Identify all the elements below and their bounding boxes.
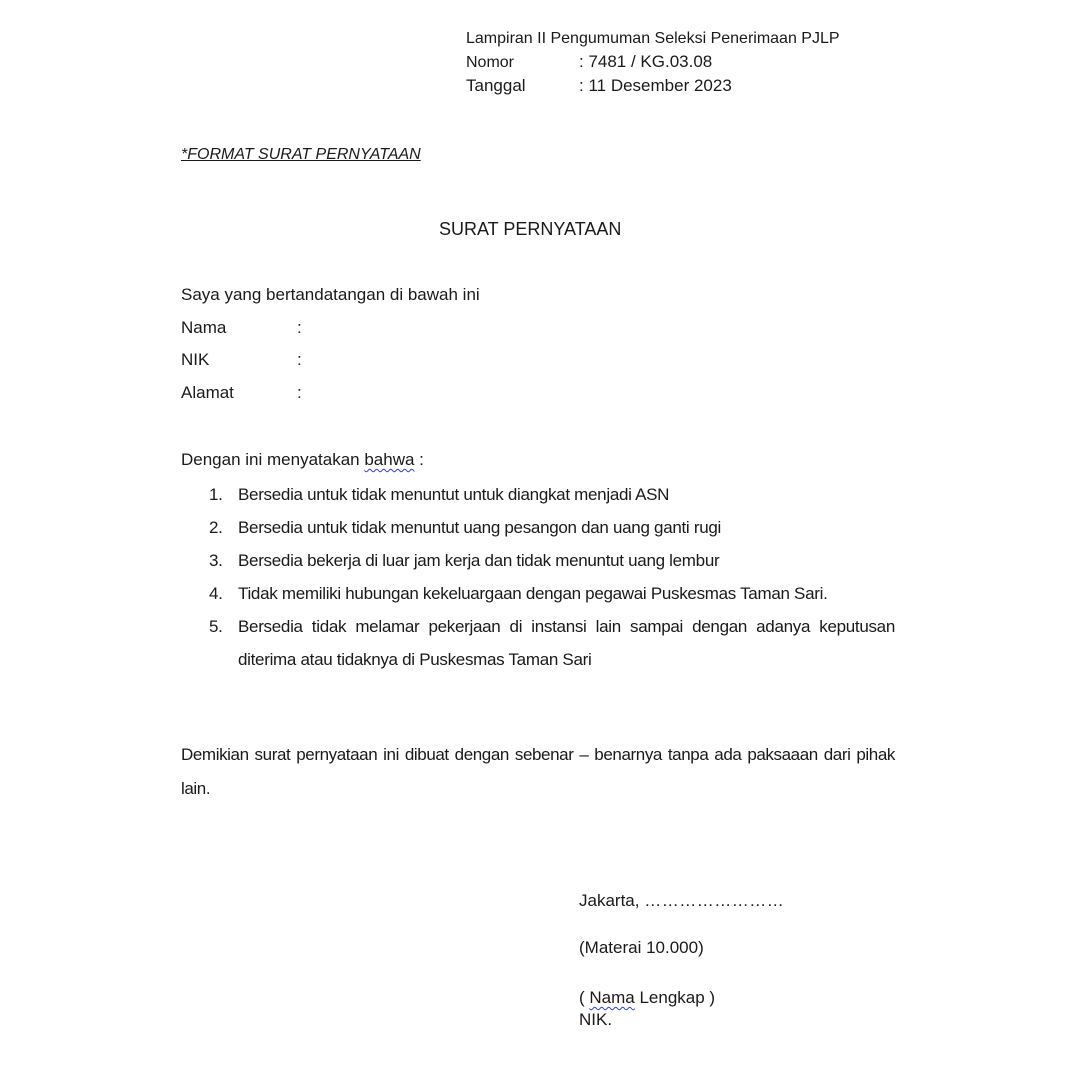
format-note: *FORMAT SURAT PERNYATAAN	[181, 146, 421, 164]
name-rest: Lengkap )	[635, 988, 715, 1007]
statement-lead-colon: :	[414, 450, 423, 469]
closing-paragraph: Demikian surat pernyataan ini dibuat den…	[181, 738, 895, 806]
list-text: Tidak memiliki hubungan kekeluargaan den…	[238, 584, 828, 603]
field-nik: NIK:	[181, 350, 302, 370]
list-number: 5.	[209, 610, 223, 643]
list-text: Bersedia bekerja di luar jam kerja dan t…	[238, 551, 719, 570]
list-item: 5.Bersedia tidak melamar pekerjaan di in…	[181, 610, 895, 676]
signature-stamp: (Materai 10.000)	[579, 938, 704, 958]
statement-lead: Dengan ini menyatakan bahwa :	[181, 450, 424, 470]
signature-place-date: Jakarta, ……………………	[579, 891, 784, 911]
list-number: 1.	[209, 478, 223, 511]
list-number: 3.	[209, 544, 223, 577]
number-value: : 7481 / KG.03.08	[579, 52, 712, 71]
list-text: Bersedia tidak melamar pekerjaan di inst…	[238, 617, 895, 669]
intro-text: Saya yang bertandatangan di bawah ini	[181, 285, 480, 305]
list-item: 2.Bersedia untuk tidak menuntut uang pes…	[181, 511, 895, 544]
field-separator: :	[297, 383, 302, 402]
list-text: Bersedia untuk tidak menuntut untuk dian…	[238, 485, 669, 504]
spellcheck-flagged-word[interactable]: bahwa	[364, 450, 414, 469]
list-text: Bersedia untuk tidak menuntut uang pesan…	[238, 518, 721, 537]
field-label: NIK	[181, 350, 297, 370]
name-open: (	[579, 988, 589, 1007]
list-item: 1.Bersedia untuk tidak menuntut untuk di…	[181, 478, 895, 511]
attachment-header: Lampiran II Pengumuman Seleksi Penerimaa…	[466, 27, 840, 97]
list-item: 3.Bersedia bekerja di luar jam kerja dan…	[181, 544, 895, 577]
field-separator: :	[297, 350, 302, 369]
statement-lead-text: Dengan ini menyatakan	[181, 450, 364, 469]
field-alamat: Alamat:	[181, 383, 302, 403]
statement-list: 1.Bersedia untuk tidak menuntut untuk di…	[181, 478, 895, 676]
field-label: Nama	[181, 318, 297, 338]
list-number: 4.	[209, 577, 223, 610]
signature-name: ( Nama Lengkap )	[579, 988, 715, 1008]
list-item: 4.Tidak memiliki hubungan kekeluargaan d…	[181, 577, 895, 610]
signature-nik: NIK.	[579, 1010, 612, 1030]
signature-place: Jakarta,	[579, 891, 644, 910]
document-title: SURAT PERNYATAAN	[439, 219, 621, 240]
field-nama: Nama:	[181, 318, 302, 338]
list-number: 2.	[209, 511, 223, 544]
attachment-title: Lampiran II Pengumuman Seleksi Penerimaa…	[466, 27, 840, 50]
signature-date-blank: ……………………	[644, 891, 784, 910]
field-label: Alamat	[181, 383, 297, 403]
number-line: Nomor: 7481 / KG.03.08	[466, 50, 840, 74]
spellcheck-flagged-word[interactable]: Nama	[589, 988, 634, 1007]
number-label: Nomor	[466, 51, 579, 74]
date-line: Tanggal: 11 Desember 2023	[466, 74, 840, 97]
date-label: Tanggal	[466, 74, 579, 97]
date-value: : 11 Desember 2023	[579, 76, 732, 95]
field-separator: :	[297, 318, 302, 337]
